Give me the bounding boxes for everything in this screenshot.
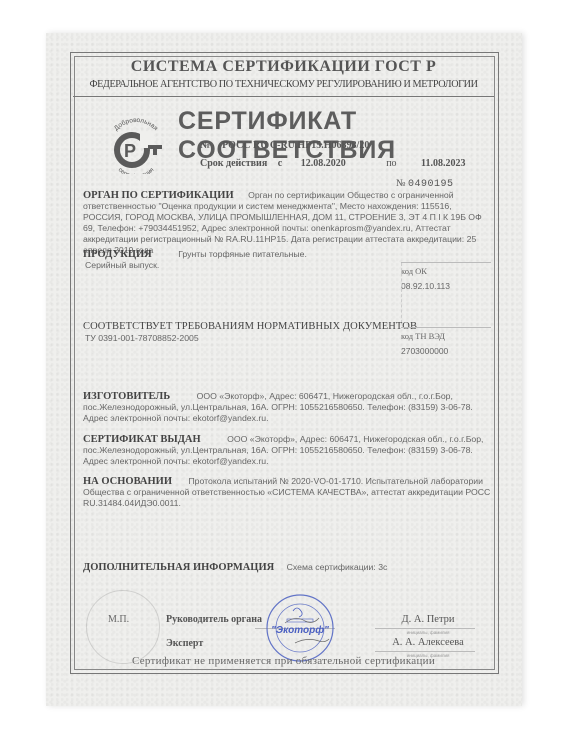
rst-voluntary-certification-logo-icon: Добровольная сертификация P [102, 114, 170, 174]
certificate-number: №РОСС RU C-RU.НР15.Н06898/20 [200, 140, 369, 151]
code-tnved-box: код ТН ВЭД 2703000000 [401, 327, 491, 356]
basis-heading: НА ОСНОВАНИИ [83, 476, 172, 487]
issued-to-section: СЕРТИФИКАТ ВЫДАН ООО «Экоторф», Адрес: 6… [83, 434, 493, 467]
code-tnved-value: 2703000000 [401, 346, 491, 356]
product-section: ПРОДУКЦИЯ Грунты торфяные питательные. С… [83, 249, 403, 271]
product-text: Грунты торфяные питательные. [178, 249, 307, 259]
head-name: Д. А. Петри [388, 614, 468, 625]
basis-section: НА ОСНОВАНИИ Протокола испытаний № 2020-… [83, 476, 493, 509]
expert-name: А. А. Алексеева [388, 637, 468, 648]
valid-to: 11.08.2023 [421, 158, 465, 169]
additional-info-section: ДОПОЛНИТЕЛЬНАЯ ИНФОРМАЦИЯ Схема сертифик… [83, 562, 493, 573]
additional-info-text: Схема сертификации: 3с [287, 562, 388, 572]
manufacturer-heading: ИЗГОТОВИТЕЛЬ [83, 391, 170, 402]
system-title: СИСТЕМА СЕРТИФИКАЦИИ ГОСТ Р [73, 58, 494, 76]
svg-text:"Экоторф": "Экоторф" [271, 624, 329, 636]
head-name-line [375, 628, 475, 629]
code-ok-value: 08.92.10.113 [401, 281, 491, 291]
product-text-2: Серийный выпуск. [85, 260, 403, 271]
certificate-number-value: РОСС RU C-RU.НР15.Н06898/20 [222, 140, 369, 151]
organization-stamp-icon: "Экоторф" [265, 593, 335, 663]
code-ok-box: код ОК 08.92.10.113 [401, 262, 491, 291]
conformity-text: ТУ 0391-001-78708852-2005 [85, 333, 403, 344]
expert-name-line [375, 651, 475, 652]
additional-info-heading: ДОПОЛНИТЕЛЬНАЯ ИНФОРМАЦИЯ [83, 562, 274, 573]
head-of-body-label: Руководитель органа [166, 614, 262, 625]
product-heading: ПРОДУКЦИЯ [83, 249, 152, 260]
valid-from: 12.08.2020 [301, 158, 346, 169]
svg-text:P: P [124, 141, 136, 161]
code-ok-label: код ОК [401, 266, 491, 276]
conformity-heading: СООТВЕТСТВУЕТ ТРЕБОВАНИЯМ НОРМАТИВНЫХ ДО… [83, 321, 403, 332]
conformity-section: СООТВЕТСТВУЕТ ТРЕБОВАНИЯМ НОРМАТИВНЫХ ДО… [83, 321, 403, 344]
validity-period: Срок действия с 12.08.2020 по 11.08.2023 [200, 158, 466, 169]
svg-text:Добровольная: Добровольная [113, 117, 159, 133]
certification-body-section: ОРГАН ПО СЕРТИФИКАЦИИ Орган по сертифика… [83, 190, 493, 256]
code-tnved-label: код ТН ВЭД [401, 331, 491, 341]
expert-label: Эксперт [166, 638, 203, 649]
svg-text:сертификация: сертификация [117, 167, 156, 174]
issued-to-heading: СЕРТИФИКАТ ВЫДАН [83, 434, 201, 445]
seal-place-label: М.П. [108, 614, 129, 625]
agency-name: ФЕДЕРАЛЬНОЕ АГЕНТСТВО ПО ТЕХНИЧЕСКОМУ РЕ… [73, 79, 494, 90]
manufacturer-section: ИЗГОТОВИТЕЛЬ ООО «Экоторф», Адрес: 60647… [83, 391, 493, 424]
certification-body-heading: ОРГАН ПО СЕРТИФИКАЦИИ [83, 190, 234, 201]
blank-number: № 0490195 [396, 178, 454, 190]
document-title: СЕРТИФИКАТ СООТВЕТСТВИЯ [178, 107, 574, 165]
header-divider [73, 96, 494, 97]
footer-note: Сертификат не применяется при обязательн… [73, 655, 494, 667]
faded-seal-stamp [86, 590, 160, 664]
